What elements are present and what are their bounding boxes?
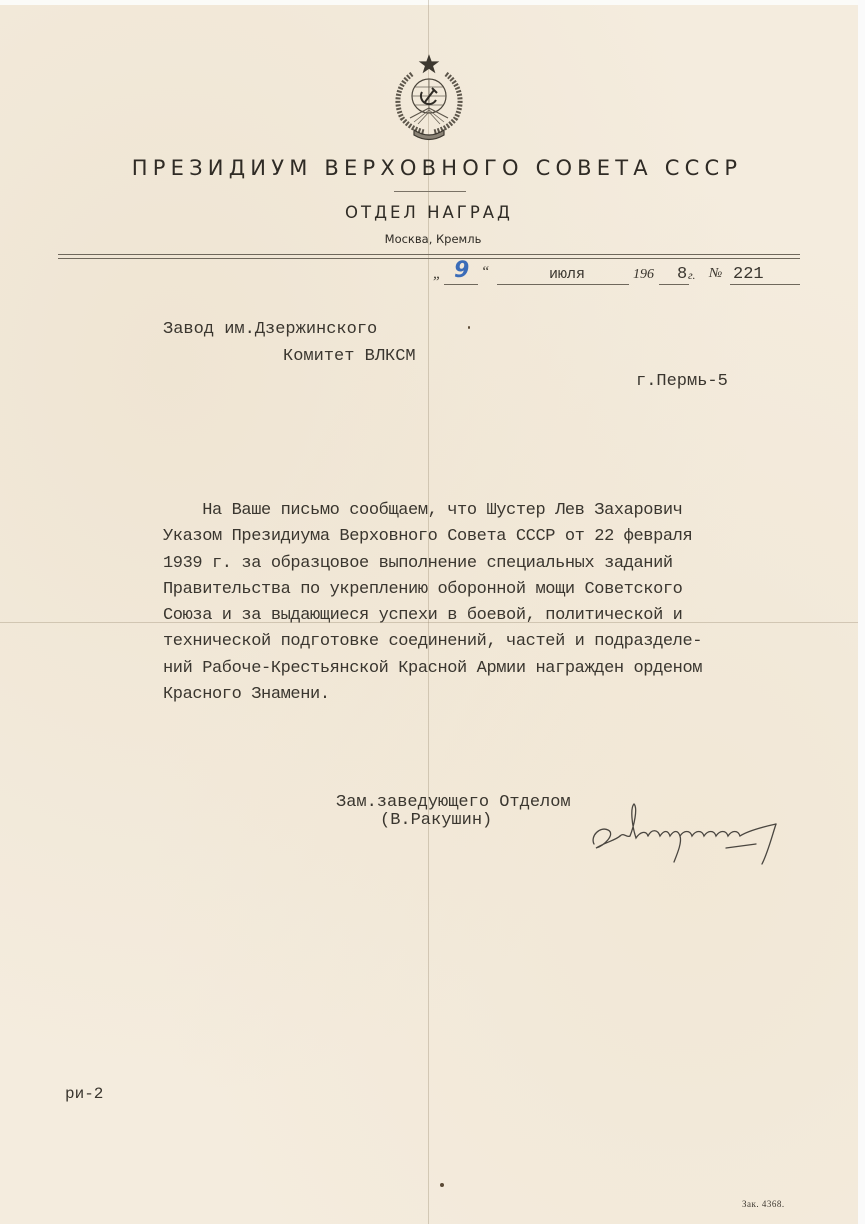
recipient-line-2: Комитет ВЛКСМ [283,347,416,366]
date-day-field: 9 [444,264,478,285]
signatory-position: Зам.заведующего Отделом [336,793,571,812]
date-month: июля [549,266,585,283]
date-year-prefix: 196 [633,267,654,291]
recipient-city: г.Пермь-5 [636,372,728,391]
handwritten-signature [586,796,796,866]
document-number-field: 221 [730,264,800,285]
body-line: Союза и за выдающиеся успехи в боевой, п… [163,603,803,629]
letter-body: На Ваше письмо сообщаем, что Шустер Лев … [163,498,803,708]
body-line: Красного Знамени. [163,682,803,708]
body-line: Указом Президиума Верховного Совета СССР… [163,524,803,550]
document-number: 221 [733,265,764,284]
number-label: № [709,266,722,290]
body-line: На Ваше письмо сообщаем, что Шустер Лев … [163,498,803,524]
date-day: 9 [454,258,469,283]
date-open-quote: „ [433,266,441,290]
date-year-abbrev: г. [688,268,696,292]
typist-code: ри-2 [65,1085,103,1103]
date-month-field: июля [497,264,629,285]
scan-margin-right [858,0,865,1224]
letterhead-title: ПРЕЗИДИУМ ВЕРХОВНОГО СОВЕТА СССР [0,156,865,180]
letterhead-divider [394,191,466,192]
body-line: ний Рабоче-Крестьянской Красной Армии на… [163,656,803,682]
ink-speck [440,1183,444,1187]
body-line: 1939 г. за образцовое выполнение специал… [163,551,803,577]
print-order-number: Зак. 4368. [742,1199,785,1209]
ussr-state-emblem-icon [388,52,470,142]
date-close-quote: “ [481,264,489,288]
recipient-line-1: Завод им.Дзержинского [163,320,377,339]
document-page: ПРЕЗИДИУМ ВЕРХОВНОГО СОВЕТА СССР ОТДЕЛ Н… [0,0,860,1224]
body-line: технической подготовке соединений, часте… [163,629,803,655]
letterhead-department: ОТДЕЛ НАГРАД [0,203,858,222]
body-line: Правительства по укреплению оборонной мо… [163,577,803,603]
letterhead-location: Москва, Кремль [0,232,862,246]
ink-speck [468,326,470,329]
date-year-suffix: 8 [677,265,687,284]
signatory-name: (В.Ракушин) [380,811,492,830]
date-year-field: 8 [659,264,689,285]
letterhead-double-rule [58,254,800,259]
page-top-edge [0,0,858,5]
